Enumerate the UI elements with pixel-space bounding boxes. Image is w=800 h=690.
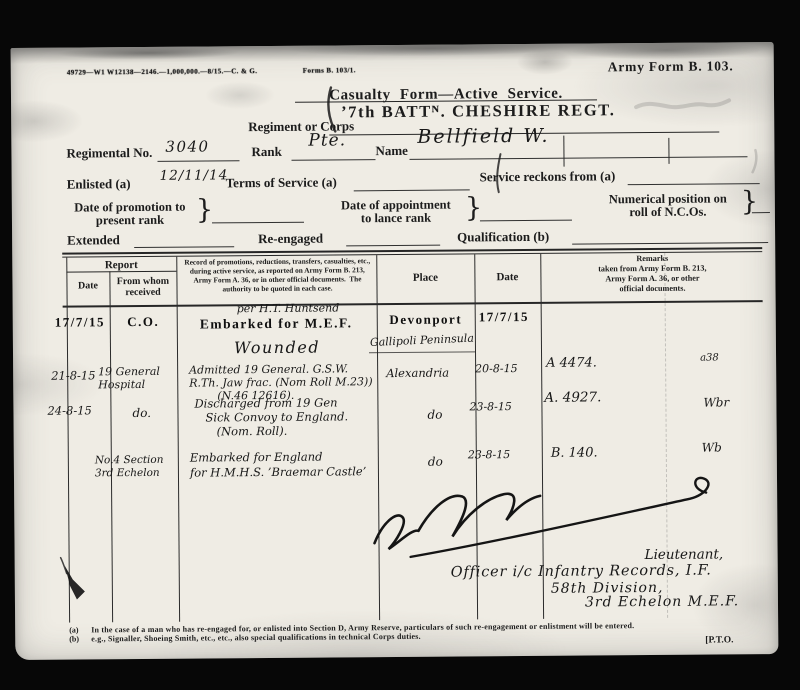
row-2-remarks: A 4474. (546, 356, 597, 371)
row-4-date: 23-8-15 (468, 449, 511, 462)
footnote-a-marker: (a) (69, 625, 78, 634)
qualification-label: Qualification (b) (457, 230, 549, 246)
signature-scrawl (410, 478, 709, 557)
row-3-remarks: A. 4927. (544, 390, 601, 406)
header-date-2: Date (474, 271, 540, 284)
row-3-from: do. (132, 407, 151, 421)
ink-blot-tail (61, 558, 67, 574)
imprint-code: 49729—W1 W12138—2146.—1,000,000.—8/15.—C… (67, 67, 258, 77)
promotion-label: Date of promotion to present rank (64, 201, 196, 228)
signature-rank: Lieutenant, (645, 547, 724, 563)
reengaged-line (346, 245, 440, 247)
footnote-b: e.g., Signaller, Shoeing Smith, etc., et… (91, 632, 421, 644)
regimental-no-value: 3040 (165, 138, 209, 156)
ink-blot (65, 565, 85, 599)
stray-tick-mark (563, 136, 564, 167)
enlisted-value: 12/11/14 (160, 168, 229, 184)
rank-value: Pte. (308, 131, 346, 151)
header-place: Place (376, 271, 474, 284)
signature-echelon: 3rd Echelon M.E.F. (585, 593, 739, 610)
service-reckons-label: Service reckons from (a) (480, 169, 616, 185)
signature-scrawl (418, 494, 540, 537)
name-line (409, 156, 747, 160)
brace-glyph: } (465, 194, 482, 221)
row-3-margin-initials: Wbr (703, 396, 729, 410)
row-2-from: 19 General Hospital (98, 365, 160, 391)
regiment-value: ’7th BATTᴺ. CHESHIRE REGT. (341, 101, 615, 122)
footnote-b-marker: (b) (69, 634, 79, 643)
regimental-no-label: Regimental No. (66, 146, 152, 162)
row-3-date: 23-8-15 (469, 401, 512, 414)
row-1-record: Wounded (234, 339, 320, 358)
row-0-record-note: per H.T. Huntsend (237, 302, 340, 315)
signature-office: Officer i/c Infantry Records, I.F. (451, 563, 712, 582)
row-0-record: Embarked for M.E.F. (200, 315, 353, 332)
row-2-place: Alexandria (386, 367, 449, 381)
pto-label: [P.T.O. (705, 635, 733, 646)
stray-tick-mark (668, 138, 669, 164)
row-4-record: Embarked for England for H.M.H.S. ’Braem… (190, 449, 367, 480)
row-0-report-date: 17/7/15 (55, 315, 105, 330)
document-paper: 49729—W1 W12138—2146.—1,000,000.—8/15.—C… (11, 42, 779, 660)
row-4-place: do (428, 456, 443, 470)
regimental-no-line (157, 160, 239, 162)
header-from-whom: From whom received (109, 276, 176, 299)
appointment-line (480, 220, 572, 222)
row-3-place: do (427, 409, 442, 423)
row-3-report-date: 24-8-15 (47, 404, 91, 418)
enlisted-label: Enlisted (a) (67, 177, 131, 192)
numerical-line (752, 212, 770, 213)
row-4-remarks: B. 140. (551, 446, 598, 461)
form-number: Army Form B. 103. (608, 58, 734, 75)
row-0-from: C.O. (110, 315, 177, 330)
row-1-place-underline (369, 351, 475, 353)
row-2-margin-initials: a38 (700, 352, 719, 364)
row-0-place: Devonport (377, 312, 475, 328)
reckons-line (628, 183, 760, 185)
qualification-line (572, 242, 768, 245)
rank-label: Rank (251, 145, 281, 160)
table-column-line (176, 257, 180, 622)
row-3-record: Discharged from 19 Gen Sick Convoy to En… (194, 395, 348, 438)
table-header-bottom-rule (63, 300, 763, 307)
row-2-date: 20-8-15 (475, 363, 518, 376)
name-value: Bellfield W. (417, 126, 549, 149)
row-4-from: No.4 Section 3rd Echelon (95, 454, 164, 481)
header-remarks: Remarks taken from Army Form B. 213, Arm… (546, 253, 758, 295)
signature-scrawl (374, 515, 418, 549)
row-0-date: 17/7/15 (479, 310, 529, 325)
faint-ink-smudge (752, 150, 756, 172)
table-column-line (66, 258, 70, 623)
row-1-place: Gallipoli Peninsula (370, 333, 474, 350)
terms-line (354, 189, 470, 191)
header-record: Record of promotions, reductions, transf… (183, 256, 371, 293)
row-4-margin-initials: Wb (702, 441, 722, 455)
imprint-form-code: Forms B. 103/1. (303, 66, 356, 74)
extended-label: Extended (67, 233, 120, 248)
extended-line (134, 246, 234, 248)
appointment-label: Date of appointment to lance rank (327, 198, 465, 225)
promotion-line (212, 222, 304, 224)
name-label: Name (375, 144, 408, 159)
numerical-position-label: Numerical position on roll of N.C.Os. (595, 192, 741, 219)
rank-line (291, 159, 375, 161)
terms-of-service-label: Terms of Service (a) (226, 175, 337, 191)
faint-ink-smudge (636, 100, 729, 107)
header-date: Date (66, 280, 109, 292)
brace-glyph: } (196, 196, 213, 223)
row-2-report-date: 21-8-15 (51, 369, 95, 383)
reengaged-label: Re-engaged (258, 232, 323, 247)
header-report: Report (66, 259, 176, 273)
table-column-line (376, 255, 380, 620)
